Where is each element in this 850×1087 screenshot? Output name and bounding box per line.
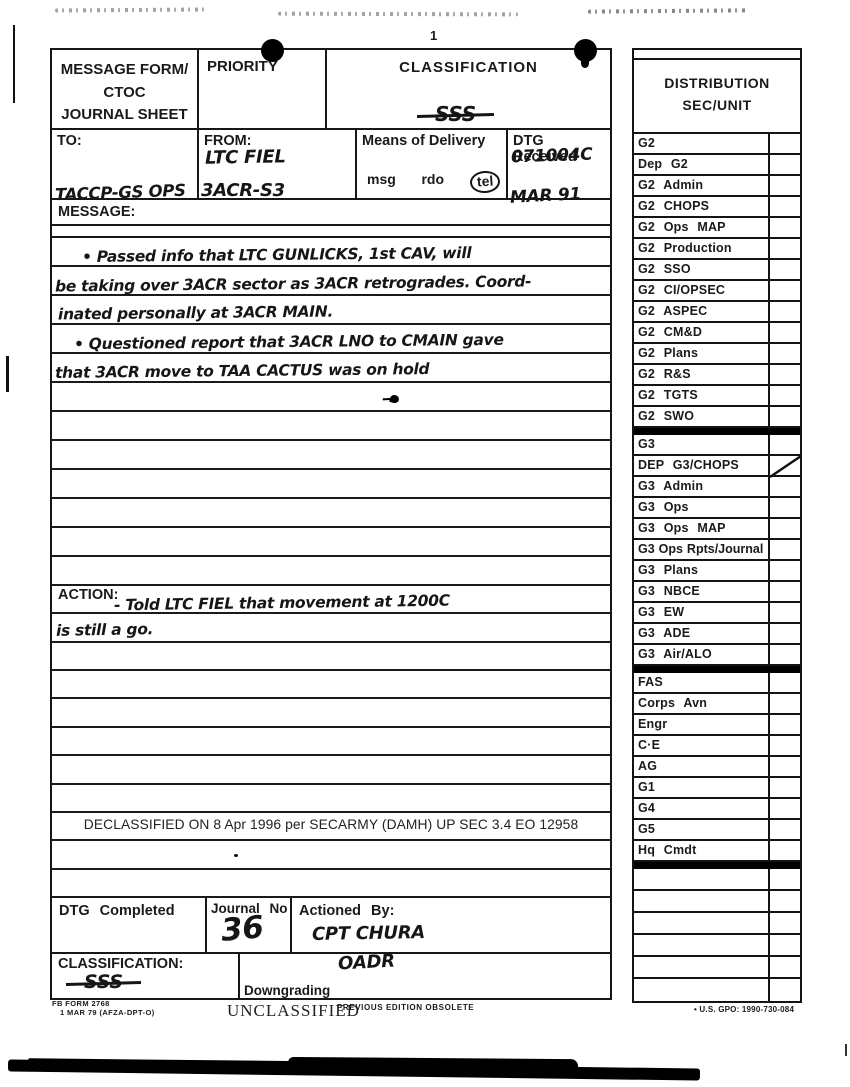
- message-form: MESSAGE FORM/ CTOC JOURNAL SHEET PRIORIT…: [50, 48, 612, 1000]
- distribution-check-cell: [770, 407, 800, 426]
- distribution-check-cell: [770, 218, 800, 237]
- actioned-by-label: Actioned By:: [299, 903, 394, 919]
- distribution-header-line1: DISTRIBUTION: [634, 73, 800, 95]
- distribution-row-label: AG: [634, 757, 770, 776]
- distribution-row-label: G1: [634, 778, 770, 797]
- distribution-check-cell: [770, 498, 800, 517]
- distribution-row-label: [634, 979, 770, 1001]
- distribution-check-cell: [770, 582, 800, 601]
- distribution-section-divider: [634, 428, 800, 435]
- gpo-print-note: • U.S. GPO: 1990-730-084: [694, 1005, 794, 1014]
- distribution-check-cell: [770, 820, 800, 839]
- form-number-line2: 1 MAR 79 (AFZA-DPT-O): [52, 1008, 155, 1017]
- distribution-row-g3-ew: G3 EW: [634, 603, 800, 624]
- distribution-row-corps-avn: Corps Avn: [634, 694, 800, 715]
- distribution-row-label: G3 Admin: [634, 477, 770, 496]
- distribution-row-fas: FAS: [634, 673, 800, 694]
- distribution-check-cell: [770, 841, 800, 860]
- distribution-table: DISTRIBUTION SEC/UNIT G2 Dep G2 G2 Admin…: [632, 48, 802, 1003]
- distribution-check-cell: [770, 134, 800, 153]
- distribution-row-engr: Engr: [634, 715, 800, 736]
- distribution-row-label: Corps Avn: [634, 694, 770, 713]
- message-line-row: be taking over 3ACR sector as 3ACR retro…: [52, 267, 610, 296]
- distribution-row-g2-plans: G2 Plans: [634, 344, 800, 365]
- distribution-check-cell: [770, 239, 800, 258]
- message-line-row: inated personally at 3ACR MAIN.: [52, 296, 610, 325]
- distribution-row-label: [634, 891, 770, 911]
- message-line-5-handwritten: that 3ACR move to TAA CACTUS was on hold: [55, 360, 429, 382]
- distribution-section-divider: [634, 666, 800, 673]
- message-label: MESSAGE:: [58, 204, 135, 220]
- distribution-row-g2-swo: G2 SWO: [634, 407, 800, 428]
- message-line-2-handwritten: be taking over 3ACR sector as 3ACR retro…: [55, 273, 531, 296]
- scan-noise-top-center: [278, 12, 518, 17]
- distribution-check-cell: [770, 519, 800, 538]
- classification-marking-struck: SSS: [435, 102, 476, 126]
- distribution-row-label: G2 R&S: [634, 365, 770, 384]
- distribution-row-label: G2 ASPEC: [634, 302, 770, 321]
- distribution-row-g2-ops-map: G2 Ops MAP: [634, 218, 800, 239]
- distribution-row-label: G2 SSO: [634, 260, 770, 279]
- distribution-check-cell: [770, 540, 800, 559]
- dtg-received-cell: DTG Received 071004C MAR 91: [508, 130, 610, 198]
- form-number-block: FB FORM 2768 1 MAR 79 (AFZA-DPT-O): [52, 999, 155, 1018]
- distribution-row-label: G3 Ops: [634, 498, 770, 517]
- action-blank-row: [52, 728, 610, 756]
- scanned-journal-sheet: { "colors": { "paper": "#ffffff", "ink":…: [0, 0, 850, 1087]
- distribution-check-cell: [770, 694, 800, 713]
- distribution-check-cell: [770, 778, 800, 797]
- scan-noise-top-left: [55, 7, 205, 12]
- delivery-option-rdo: rdo: [421, 171, 444, 193]
- distribution-row-label: C·E: [634, 736, 770, 755]
- distribution-row-g2: G2: [634, 134, 800, 155]
- distribution-row-ag: AG: [634, 757, 800, 778]
- distribution-row-label: G2 CM&D: [634, 323, 770, 342]
- distribution-row-g3-plans: G3 Plans: [634, 561, 800, 582]
- distribution-blank-row: [634, 869, 800, 891]
- distribution-blank-row: [634, 891, 800, 913]
- previous-edition-note: PREVIOUS EDITION OBSOLETE: [337, 1003, 474, 1012]
- scan-noise-top-right: [588, 8, 748, 13]
- message-blank-row: [52, 441, 610, 470]
- routing-row: TO: TACCP-GS OPS FROM: LTC FIEL 3ACR-S3 …: [52, 130, 610, 200]
- to-cell: TO: TACCP-GS OPS: [52, 130, 199, 198]
- actioned-by-value-handwritten: CPT CHURA: [312, 922, 425, 945]
- delivery-option-msg: msg: [367, 171, 396, 193]
- actioned-by-cell: Actioned By: CPT CHURA: [292, 898, 610, 952]
- distribution-check-cell: [770, 155, 800, 174]
- distribution-row-label: Hq Cmdt: [634, 841, 770, 860]
- form-title-line2: CTOC: [52, 82, 197, 105]
- classification-cell: CLASSIFICATION SSS: [327, 50, 610, 128]
- distribution-check-cell: [770, 386, 800, 405]
- downgrading-value-handwritten: OADR: [337, 951, 395, 975]
- from-value-line1-handwritten: LTC FIEL: [205, 146, 286, 168]
- declassified-note-row: DECLASSIFIED ON 8 Apr 1996 per SECARMY (…: [52, 813, 610, 841]
- distribution-check-cell: [770, 603, 800, 622]
- action-line-row: is still a go.: [52, 614, 610, 642]
- distribution-row-g4: G4: [634, 799, 800, 820]
- message-blank-row: [52, 528, 610, 557]
- distribution-row-label: G2 Admin: [634, 176, 770, 195]
- delivery-option-tel-circled: tel: [469, 170, 501, 194]
- hole-punch-right: [574, 39, 597, 62]
- form-number-line1: FB FORM 2768: [52, 999, 155, 1008]
- distribution-row-g2-sso: G2 SSO: [634, 260, 800, 281]
- classification-downgrading-row: CLASSIFICATION: SSS OADR Downgrading: [52, 954, 610, 998]
- distribution-check-cell: [770, 736, 800, 755]
- distribution-check-cell: [770, 715, 800, 734]
- form-header-row: MESSAGE FORM/ CTOC JOURNAL SHEET PRIORIT…: [52, 50, 610, 130]
- distribution-blank-row: [634, 957, 800, 979]
- message-line-4-handwritten: • Questioned report that 3ACR LNO to CMA…: [74, 331, 504, 353]
- action-blank-row: [52, 785, 610, 813]
- distribution-header: DISTRIBUTION SEC/UNIT: [634, 60, 800, 134]
- distribution-check-cell: [770, 645, 800, 664]
- distribution-row-hq-cmdt: Hq Cmdt: [634, 841, 800, 862]
- message-blank-row: [52, 412, 610, 441]
- distribution-row-g3-ops: G3 Ops: [634, 498, 800, 519]
- distribution-check-cell: [770, 913, 800, 933]
- distribution-check-cell-checked: [770, 456, 800, 475]
- distribution-row-label: G3 Ops MAP: [634, 519, 770, 538]
- scan-stray-mark-left: [6, 356, 9, 392]
- distribution-row-g2-aspec: G2 ASPEC: [634, 302, 800, 323]
- distribution-row-g3-nbce: G3 NBCE: [634, 582, 800, 603]
- distribution-blank-row: [634, 979, 800, 1001]
- distribution-check-cell: [770, 365, 800, 384]
- scan-smudge-bottom: [8, 1059, 700, 1080]
- distribution-row-label: G2 SWO: [634, 407, 770, 426]
- ink-blot-mark: [389, 394, 400, 404]
- distribution-check-cell: [770, 477, 800, 496]
- scanned-page: 1 MESSAGE FORM/ CTOC JOURNAL SHEET PRIOR…: [0, 0, 850, 1087]
- distribution-row-g3-ops-map: G3 Ops MAP: [634, 519, 800, 540]
- distribution-blank-row: [634, 935, 800, 957]
- distribution-row-g2-cmd: G2 CM&D: [634, 323, 800, 344]
- distribution-row-g3-ops-rpts-journal: G3 Ops Rpts/Journal: [634, 540, 800, 561]
- distribution-check-cell: [770, 260, 800, 279]
- distribution-row-dep-g3-chops: DEP G3/CHOPS: [634, 456, 800, 477]
- distribution-row-label: [634, 935, 770, 955]
- message-line-3-handwritten: inated personally at 3ACR MAIN.: [58, 303, 333, 324]
- ink-dot-mark: [234, 854, 238, 857]
- delivery-options: msg rdo tel: [357, 171, 506, 193]
- message-blank-row: [52, 470, 610, 499]
- action-section: ACTION: - Told LTC FIEL that movement at…: [52, 586, 610, 898]
- distribution-row-label: G2 TGTS: [634, 386, 770, 405]
- distribution-row-label: [634, 869, 770, 889]
- distribution-check-cell: [770, 869, 800, 889]
- distribution-row-g2-tgts: G2 TGTS: [634, 386, 800, 407]
- distribution-row-g5: G5: [634, 820, 800, 841]
- distribution-row-label: G2: [634, 134, 770, 153]
- distribution-check-cell: [770, 323, 800, 342]
- action-label-row: ACTION: - Told LTC FIEL that movement at…: [52, 586, 610, 614]
- distribution-row-label: G2 CHOPS: [634, 197, 770, 216]
- means-of-delivery-cell: Means of Delivery msg rdo tel: [357, 130, 508, 198]
- classification-label: CLASSIFICATION: [327, 59, 610, 76]
- journal-no-cell: Journal No 36: [207, 898, 292, 952]
- distribution-section-divider: [634, 862, 800, 869]
- distribution-check-cell: [770, 302, 800, 321]
- message-line-1-handwritten: • Passed info that LTC GUNLICKS, 1st CAV…: [82, 244, 471, 266]
- message-blank-row: [52, 557, 610, 586]
- distribution-check-cell: [770, 435, 800, 454]
- from-cell: FROM: LTC FIEL 3ACR-S3: [199, 130, 357, 198]
- distribution-blank-row: [634, 913, 800, 935]
- bottom-classification-cell: CLASSIFICATION: SSS: [52, 954, 240, 998]
- distribution-row-label: G3 EW: [634, 603, 770, 622]
- distribution-row-label: Dep G2: [634, 155, 770, 174]
- form-title-line3: JOURNAL SHEET: [52, 104, 197, 127]
- action-blank-row: [52, 671, 610, 699]
- distribution-row-label: G3 NBCE: [634, 582, 770, 601]
- priority-cell: PRIORITY: [199, 50, 327, 128]
- hole-punch-left: [261, 39, 284, 62]
- distribution-header-line2: SEC/UNIT: [634, 95, 800, 117]
- distribution-check-cell: [770, 561, 800, 580]
- distribution-row-label: [634, 957, 770, 977]
- to-label: TO:: [57, 133, 82, 149]
- message-gap-row: [52, 226, 610, 238]
- distribution-check-cell: [770, 344, 800, 363]
- downgrading-label: Downgrading: [244, 983, 330, 998]
- means-of-delivery-label: Means of Delivery: [362, 133, 485, 149]
- message-blank-row: [52, 383, 610, 412]
- action-blank-row: [52, 756, 610, 784]
- distribution-row-label: FAS: [634, 673, 770, 692]
- action-line-1-handwritten: - Told LTC FIEL that movement at 1200C: [114, 592, 450, 615]
- distribution-row-ce: C·E: [634, 736, 800, 757]
- dtg-received-value-line2: MAR 91: [510, 184, 582, 208]
- scan-stray-line-left: [13, 25, 15, 103]
- dtg-completed-label: DTG Completed: [59, 903, 175, 919]
- distribution-check-cell: [770, 799, 800, 818]
- distribution-row-g1: G1: [634, 778, 800, 799]
- completion-row: DTG Completed Journal No 36 Actioned By:…: [52, 898, 610, 954]
- distribution-row-label: [634, 913, 770, 933]
- distribution-check-cell: [770, 176, 800, 195]
- distribution-row-label: G2 Ops MAP: [634, 218, 770, 237]
- message-line-row: • Passed info that LTC GUNLICKS, 1st CAV…: [52, 238, 610, 267]
- distribution-check-cell: [770, 757, 800, 776]
- distribution-row-label: G4: [634, 799, 770, 818]
- form-title-cell: MESSAGE FORM/ CTOC JOURNAL SHEET: [52, 50, 199, 128]
- distribution-check-cell: [770, 197, 800, 216]
- action-blank-row: [52, 643, 610, 671]
- distribution-check-cell: [770, 935, 800, 955]
- message-line-row: that 3ACR move to TAA CACTUS was on hold: [52, 354, 610, 383]
- distribution-row-g2-chops: G2 CHOPS: [634, 197, 800, 218]
- distribution-row-g2-rs: G2 R&S: [634, 365, 800, 386]
- action-label: ACTION:: [58, 587, 118, 603]
- action-blank-row: [52, 870, 610, 898]
- scan-stray-mark-right: [845, 1044, 847, 1056]
- distribution-row-label: G2 Plans: [634, 344, 770, 363]
- distribution-check-cell: [770, 891, 800, 911]
- distribution-row-dep-g2: Dep G2: [634, 155, 800, 176]
- distribution-row-label: G3 Air/ALO: [634, 645, 770, 664]
- declassified-note: DECLASSIFIED ON 8 Apr 1996 per SECARMY (…: [84, 817, 578, 832]
- action-blank-row: [52, 699, 610, 727]
- distribution-row-label: DEP G3/CHOPS: [634, 456, 770, 475]
- distribution-top-strip: [634, 50, 800, 60]
- journal-no-value-handwritten: 36: [220, 909, 266, 949]
- action-blank-row: [52, 841, 610, 869]
- distribution-row-g3-ade: G3 ADE: [634, 624, 800, 645]
- distribution-row-label: G2 CI/OPSEC: [634, 281, 770, 300]
- distribution-row-g2-production: G2 Production: [634, 239, 800, 260]
- message-blank-row: [52, 499, 610, 528]
- page-number: 1: [430, 28, 437, 43]
- distribution-check-cell: [770, 979, 800, 1001]
- bottom-classification-marking-struck: SSS: [84, 971, 123, 993]
- distribution-check-cell: [770, 957, 800, 977]
- dtg-received-value-line1: 071004C: [511, 145, 593, 168]
- form-title-line1: MESSAGE FORM/: [52, 59, 197, 82]
- distribution-row-label: G2 Production: [634, 239, 770, 258]
- message-line-row: • Questioned report that 3ACR LNO to CMA…: [52, 325, 610, 354]
- distribution-row-g2-ci-opsec: G2 CI/OPSEC: [634, 281, 800, 302]
- from-value-line2-handwritten: 3ACR-S3: [201, 180, 285, 201]
- distribution-row-g3-air-alo: G3 Air/ALO: [634, 645, 800, 666]
- distribution-row-g2-admin: G2 Admin: [634, 176, 800, 197]
- distribution-row-label: G3 Ops Rpts/Journal: [634, 540, 770, 559]
- distribution-row-label: Engr: [634, 715, 770, 734]
- bottom-classification-label: CLASSIFICATION:: [58, 956, 183, 972]
- dtg-completed-cell: DTG Completed: [52, 898, 207, 952]
- action-line-2-handwritten: is still a go.: [56, 620, 154, 640]
- distribution-check-cell: [770, 281, 800, 300]
- distribution-row-label: G5: [634, 820, 770, 839]
- distribution-row-label: G3: [634, 435, 770, 454]
- downgrading-cell: OADR Downgrading: [240, 954, 610, 998]
- distribution-row-g3-admin: G3 Admin: [634, 477, 800, 498]
- distribution-check-cell: [770, 673, 800, 692]
- distribution-row-label: G3 ADE: [634, 624, 770, 643]
- distribution-check-cell: [770, 624, 800, 643]
- distribution-row-label: G3 Plans: [634, 561, 770, 580]
